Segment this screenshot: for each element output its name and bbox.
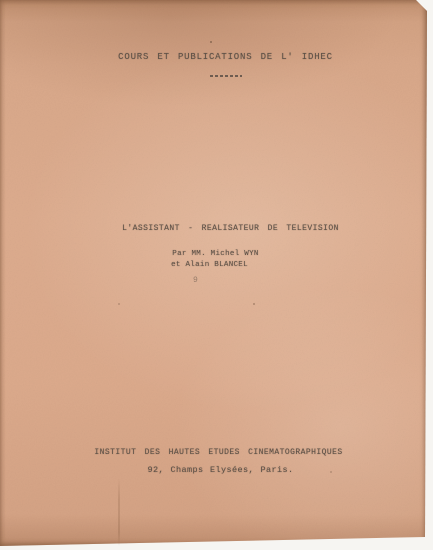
ink-specks — [210, 41, 212, 43]
faint-page-mark: 9 — [193, 276, 198, 285]
document-title: L'ASSISTANT - REALISATEUR DE TELEVISION — [17, 223, 433, 234]
institution-name: INSTITUT DES HAUTES ETUDES CINEMATOGRAPH… — [5, 447, 432, 458]
paper-crease — [118, 478, 120, 546]
scanned-document: COURS ET PUBLICATIONS DE L' IDHEC L'ASSI… — [0, 0, 433, 550]
series-header: COURS ET PUBLICATIONS DE L' IDHEC — [12, 52, 433, 63]
institution-address: 92, Champs Elysées, Paris. — [7, 465, 433, 476]
byline-authors-line2: et Alain BLANCEL — [0, 260, 423, 271]
header-dashed-rule — [210, 75, 242, 77]
byline-authors-line1: Par MM. Michel WYN — [2, 249, 429, 260]
